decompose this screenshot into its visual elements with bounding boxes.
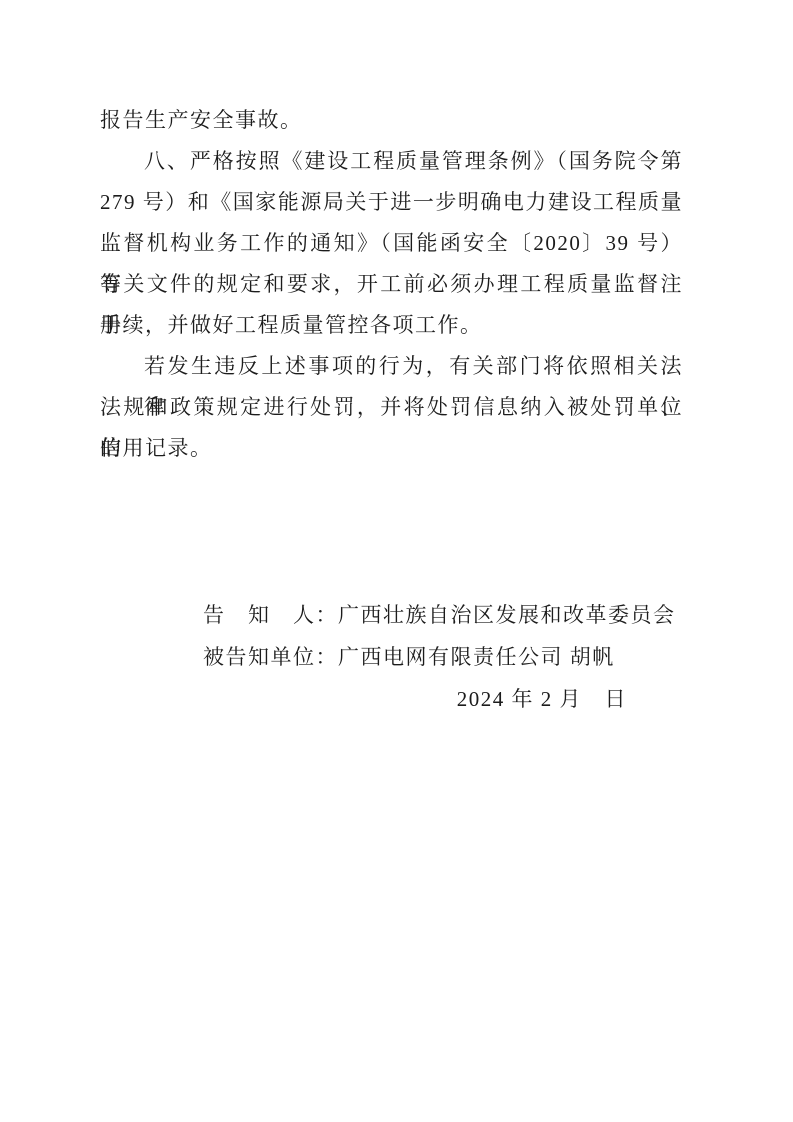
body-line-4: 监督机构业务工作的通知》（国能函安全〔2020〕39 号）等	[100, 223, 683, 264]
body-line-8: 法规和政策规定进行处罚，并将处罚信息纳入被处罚单位的	[100, 387, 683, 428]
informed-label: 被告知单位：	[203, 645, 338, 669]
signature-date-line: 2024 年 2 月 日	[100, 678, 627, 720]
document-page: 报告生产安全事故。 八、严格按照《建设工程质量管理条例》（国务院令第 279 号…	[0, 0, 793, 1122]
body-line-9: 信用记录。	[100, 428, 683, 469]
informed-value: 广西电网有限责任公司 胡帆	[338, 645, 615, 669]
body-line-7: 若发生违反上述事项的行为，有关部门将依照相关法律、	[100, 346, 683, 387]
body-line-3: 279 号）和《国家能源局关于进一步明确电力建设工程质量	[100, 182, 683, 223]
body-line-2: 八、严格按照《建设工程质量管理条例》（国务院令第	[100, 141, 683, 182]
body-line-1: 报告生产安全事故。	[100, 100, 683, 141]
body-line-6: 手续，并做好工程质量管控各项工作。	[100, 305, 683, 346]
signature-informer-line: 告 知 人：广西壮族自治区发展和改革委员会	[203, 594, 676, 636]
document-body: 报告生产安全事故。 八、严格按照《建设工程质量管理条例》（国务院令第 279 号…	[100, 100, 683, 469]
signature-informed-line: 被告知单位：广西电网有限责任公司 胡帆	[203, 636, 615, 678]
informer-value: 广西壮族自治区发展和改革委员会	[338, 603, 676, 627]
date-value: 2024 年 2 月 日	[457, 687, 627, 711]
informer-label: 告 知 人：	[203, 603, 338, 627]
body-line-5: 有关文件的规定和要求，开工前必须办理工程质量监督注册	[100, 264, 683, 305]
